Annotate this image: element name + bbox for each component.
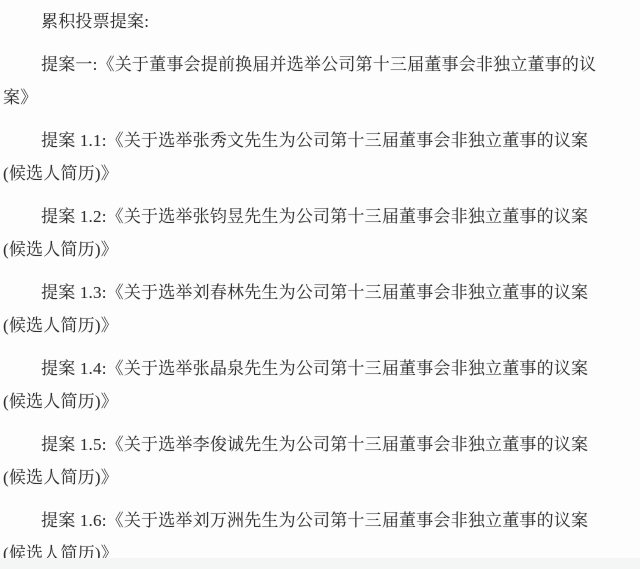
- proposal-1-3-line-2: (候选人简历)》: [3, 309, 624, 342]
- proposal-paragraph-1-1: 提案 1.1:《关于选举张秀文先生为公司第十三届董事会非独立董事的议案 (候选人…: [3, 124, 624, 190]
- page-bottom-edge: [0, 558, 640, 569]
- proposal-1-1-line-2: (候选人简历)》: [3, 157, 624, 190]
- proposal-1-line-2: 案》: [3, 81, 624, 114]
- proposal-1-4-line-2: (候选人简历)》: [3, 385, 624, 418]
- proposal-paragraph-1-3: 提案 1.3:《关于选举刘春林先生为公司第十三届董事会非独立董事的议案 (候选人…: [3, 276, 624, 342]
- proposal-paragraph-1-5: 提案 1.5:《关于选举李俊诚先生为公司第十三届董事会非独立董事的议案 (候选人…: [3, 428, 624, 494]
- proposal-1-4-line-1: 提案 1.4:《关于选举张晶泉先生为公司第十三届董事会非独立董事的议案: [3, 352, 624, 385]
- proposal-1-1-line-1: 提案 1.1:《关于选举张秀文先生为公司第十三届董事会非独立董事的议案: [3, 124, 624, 157]
- document-page: 累积投票提案: 提案一:《关于董事会提前换届并选举公司第十三届董事会非独立董事的…: [0, 0, 640, 569]
- proposal-paragraph-1-2: 提案 1.2:《关于选举张钧昱先生为公司第十三届董事会非独立董事的议案 (候选人…: [3, 200, 624, 266]
- proposal-1-3-line-1: 提案 1.3:《关于选举刘春林先生为公司第十三届董事会非独立董事的议案: [3, 276, 624, 309]
- proposal-1-5-line-1: 提案 1.5:《关于选举李俊诚先生为公司第十三届董事会非独立董事的议案: [3, 428, 624, 461]
- proposal-1-2-line-2: (候选人简历)》: [3, 233, 624, 266]
- proposal-1-6-line-1: 提案 1.6:《关于选举刘万洲先生为公司第十三届董事会非独立董事的议案: [3, 504, 624, 537]
- document-heading: 累积投票提案:: [3, 5, 624, 38]
- proposal-paragraph-1-4: 提案 1.4:《关于选举张晶泉先生为公司第十三届董事会非独立董事的议案 (候选人…: [3, 352, 624, 418]
- document-content: 累积投票提案: 提案一:《关于董事会提前换届并选举公司第十三届董事会非独立董事的…: [0, 0, 640, 569]
- proposal-1-line-1: 提案一:《关于董事会提前换届并选举公司第十三届董事会非独立董事的议: [3, 48, 624, 81]
- proposal-paragraph-1: 提案一:《关于董事会提前换届并选举公司第十三届董事会非独立董事的议 案》: [3, 48, 624, 114]
- proposal-1-5-line-2: (候选人简历)》: [3, 461, 624, 494]
- proposal-1-2-line-1: 提案 1.2:《关于选举张钧昱先生为公司第十三届董事会非独立董事的议案: [3, 200, 624, 233]
